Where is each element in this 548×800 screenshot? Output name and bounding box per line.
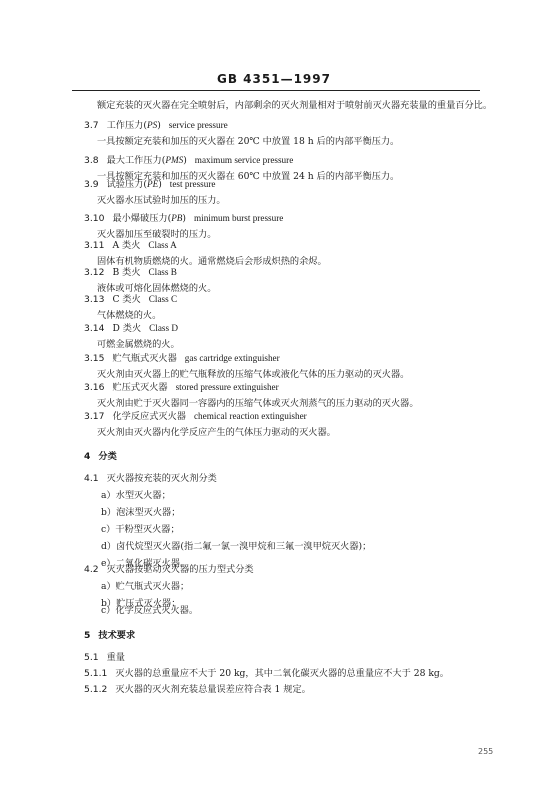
definition-desc: 一具按额定充装和加压的灭火器在 20℃ 中放置 18 h 后的内部平衡压力。 xyxy=(97,136,399,148)
page-number: 255 xyxy=(478,747,493,756)
list-item: b）泡沫型灭火器； xyxy=(101,507,180,519)
section-5-heading: 5技术要求 xyxy=(84,630,135,642)
clause-5-1-2: 5.1.2灭火器的灭火剂充装总量误差应符合表 1 规定。 xyxy=(84,684,311,696)
section-5-1-heading: 5.1重量 xyxy=(84,652,125,664)
list-item: d）卤代烷型灭火器(指二氟一氯一溴甲烷和三氟一溴甲烷灭火器)； xyxy=(101,541,371,553)
definition-3-13: 3.13C 类火Class C xyxy=(84,293,177,306)
continuation-text: 额定充装的灭火器在完全喷射后，内部剩余的灭火剂量相对于喷射前灭火器充装量的重量百… xyxy=(97,100,492,112)
definition-3-9: 3.9试验压力(PE)test pressure xyxy=(84,178,215,191)
document-header: GB 4351—1997 xyxy=(0,72,548,86)
definition-3-12: 3.12B 类火Class B xyxy=(84,266,177,279)
list-item: a）贮气瓶式灭火器； xyxy=(101,581,189,593)
definition-desc: 气体燃烧的火。 xyxy=(97,310,161,322)
list-item: a）水型灭火器； xyxy=(101,490,171,502)
header-rule xyxy=(72,90,480,91)
list-item: c）化学反应式灭火器。 xyxy=(101,605,198,617)
definition-desc: 可燃金属燃烧的火。 xyxy=(97,339,180,351)
clause-5-1-1: 5.1.1灭火器的总重量应不大于 20 kg，其中二氧化碳灭火器的总重量应不大于… xyxy=(84,668,449,680)
definition-3-8: 3.8最大工作压力(PMS)maximum service pressure xyxy=(84,154,293,167)
definition-3-15: 3.15贮气瓶式灭火器gas cartridge extinguisher xyxy=(84,352,280,365)
section-4-2-heading: 4.2灭火器按驱动灭火器的压力型式分类 xyxy=(84,564,254,576)
definition-3-7: 3.7工作压力(PS)service pressure xyxy=(84,119,228,132)
definition-3-11: 3.11A 类火Class A xyxy=(84,239,177,252)
definition-3-16: 3.16贮压式灭火器stored pressure extinguisher xyxy=(84,381,279,394)
definition-desc: 灭火剂由灭火器内化学反应产生的气体压力驱动的灭火器。 xyxy=(97,427,336,439)
definition-desc: 灭火剂由贮于灭火器同一容器内的压缩气体或灭火剂蒸气的压力驱动的灭火器。 xyxy=(97,398,419,410)
definition-3-10: 3.10最小爆破压力(PB)minimum burst pressure xyxy=(84,212,283,225)
definition-3-17: 3.17化学反应式灭火器chemical reaction extinguish… xyxy=(84,410,307,423)
definition-desc: 灭火剂由灭火器上的贮气瓶释放的压缩气体或液化气体的压力驱动的灭火器。 xyxy=(97,369,409,381)
definition-desc: 灭火器水压试验时加压的压力。 xyxy=(97,195,226,207)
section-4-heading: 4分类 xyxy=(84,451,117,463)
definition-3-14: 3.14D 类火Class D xyxy=(84,322,178,335)
list-item: c）干粉型灭火器； xyxy=(101,524,180,536)
section-4-1-heading: 4.1灭火器按充装的灭火剂分类 xyxy=(84,473,217,485)
